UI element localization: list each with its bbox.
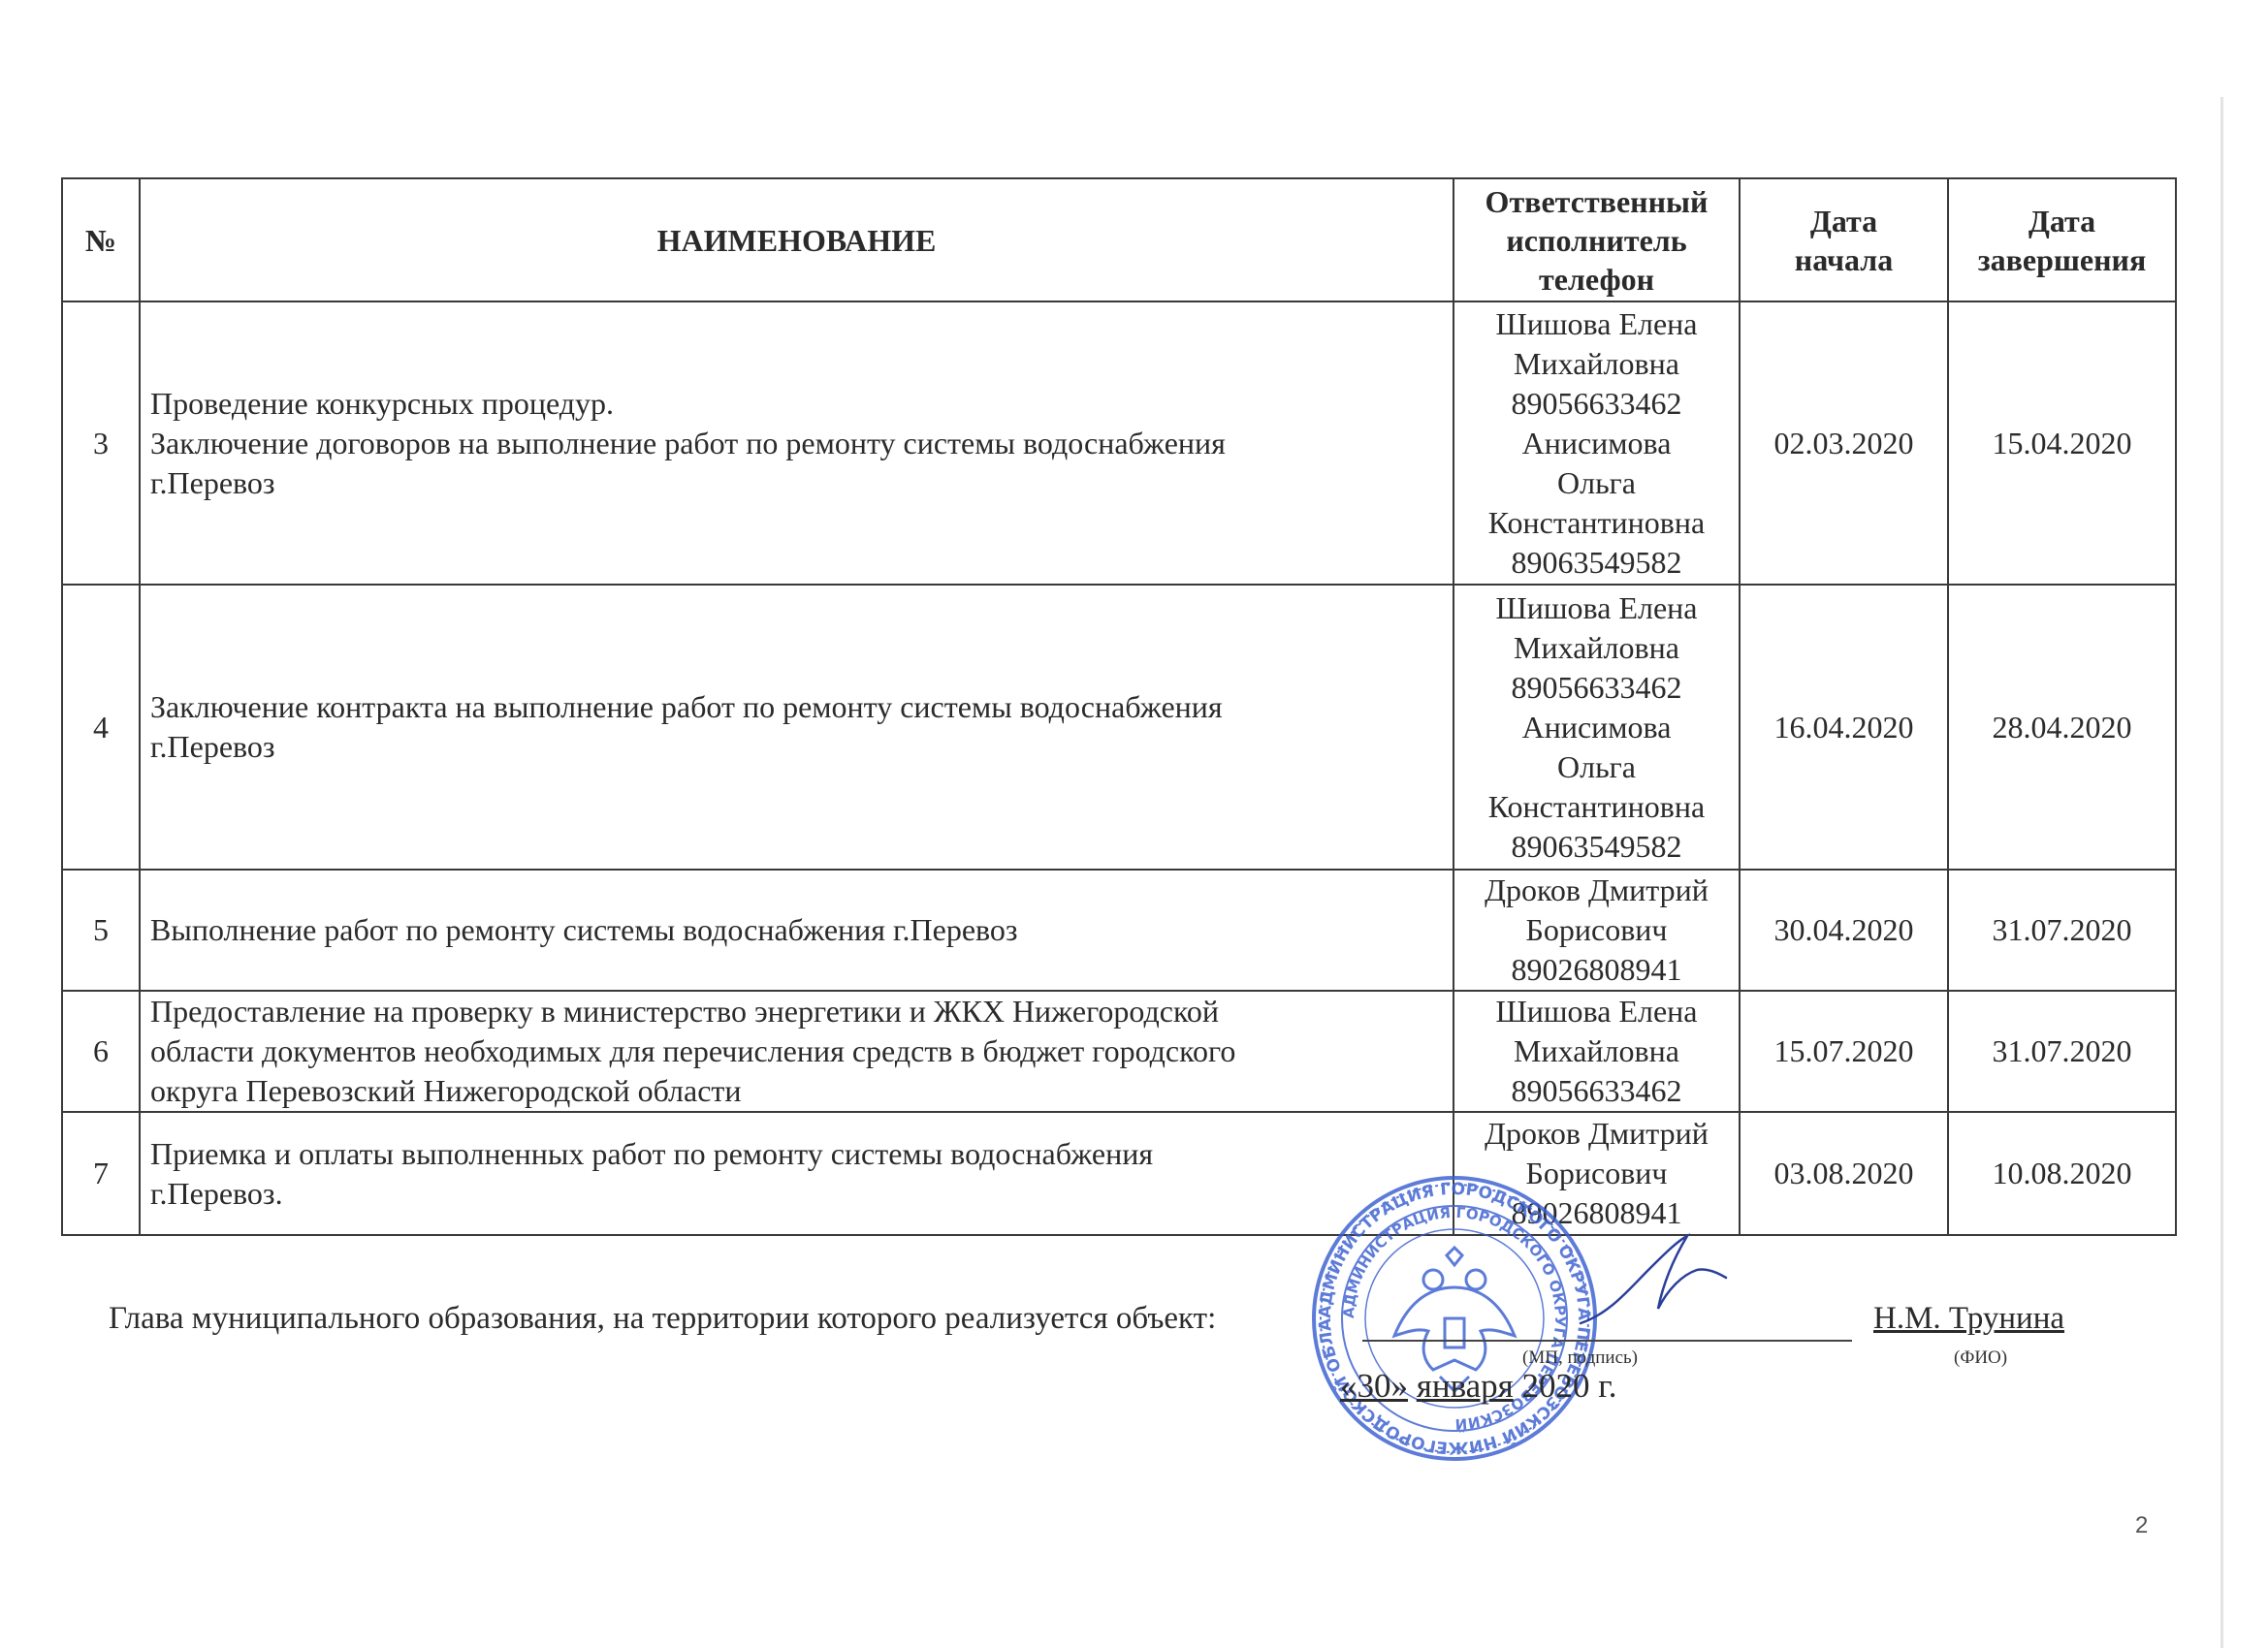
table-row: 4 Заключение контракта на выполнение раб… <box>62 585 2176 870</box>
row-num: 6 <box>62 991 140 1112</box>
row-start-date: 30.04.2020 <box>1740 870 1948 991</box>
schedule-table: № НАИМЕНОВАНИЕ Ответственный исполнитель… <box>61 177 2177 1236</box>
sign-date: «30» января 2020 г. <box>1340 1367 1616 1406</box>
header-end-date: Дата завершения <box>1948 178 2176 301</box>
table-header-row: № НАИМЕНОВАНИЕ Ответственный исполнитель… <box>62 178 2176 301</box>
row-name: Проведение конкурсных процедур. Заключен… <box>140 301 1453 585</box>
row-name: Приемка и оплаты выполненных работ по ре… <box>140 1112 1453 1235</box>
row-start-date: 16.04.2020 <box>1740 585 1948 870</box>
table-row: 3 Проведение конкурсных процедур. Заключ… <box>62 301 2176 585</box>
header-start-date: Дата начала <box>1740 178 1948 301</box>
row-num: 7 <box>62 1112 140 1235</box>
row-num: 3 <box>62 301 140 585</box>
row-start-date: 15.07.2020 <box>1740 991 1948 1112</box>
row-responsible: Шишова Елена Михайловна 89056633462 Анис… <box>1453 585 1740 870</box>
footer-label: Глава муниципального образования, на тер… <box>109 1301 1216 1337</box>
row-name: Выполнение работ по ремонту системы водо… <box>140 870 1453 991</box>
sign-date-year: 2020 г. <box>1522 1367 1617 1405</box>
header-name: НАИМЕНОВАНИЕ <box>140 178 1453 301</box>
row-responsible: Шишова Елена Михайловна 89056633462 <box>1453 991 1740 1112</box>
row-start-date: 02.03.2020 <box>1740 301 1948 585</box>
row-name: Заключение контракта на выполнение работ… <box>140 585 1453 870</box>
table-row: 7 Приемка и оплаты выполненных работ по … <box>62 1112 2176 1235</box>
page-number: 2 <box>2135 1512 2148 1539</box>
signature-icon <box>1571 1231 1765 1347</box>
signatory-name: Н.М. Трунина <box>1873 1301 2064 1337</box>
table-row: 6 Предоставление на проверку в министерс… <box>62 991 2176 1112</box>
row-num: 4 <box>62 585 140 870</box>
header-num: № <box>62 178 140 301</box>
signature-caption: (МП, подпись) <box>1522 1347 1638 1369</box>
signature-line <box>1362 1340 1852 1342</box>
row-end-date: 28.04.2020 <box>1948 585 2176 870</box>
sign-date-month: января <box>1417 1367 1514 1405</box>
row-start-date: 03.08.2020 <box>1740 1112 1948 1235</box>
row-end-date: 10.08.2020 <box>1948 1112 2176 1235</box>
fio-caption: (ФИО) <box>1954 1347 2007 1369</box>
row-end-date: 31.07.2020 <box>1948 870 2176 991</box>
row-end-date: 15.04.2020 <box>1948 301 2176 585</box>
row-name: Предоставление на проверку в министерств… <box>140 991 1453 1112</box>
official-stamp-icon: АДМИНИСТРАЦИЯ ГОРОДСКОГО ОКРУГА ПЕРЕВОЗС… <box>1309 1173 1600 1464</box>
row-end-date: 31.07.2020 <box>1948 991 2176 1112</box>
scan-edge <box>2220 97 2223 1648</box>
sign-date-day: «30» <box>1340 1367 1408 1405</box>
table-row: 5 Выполнение работ по ремонту системы во… <box>62 870 2176 991</box>
row-num: 5 <box>62 870 140 991</box>
header-responsible: Ответственный исполнитель телефон <box>1453 178 1740 301</box>
row-responsible: Шишова Елена Михайловна 89056633462 Анис… <box>1453 301 1740 585</box>
row-responsible: Дроков Дмитрий Борисович 89026808941 <box>1453 870 1740 991</box>
